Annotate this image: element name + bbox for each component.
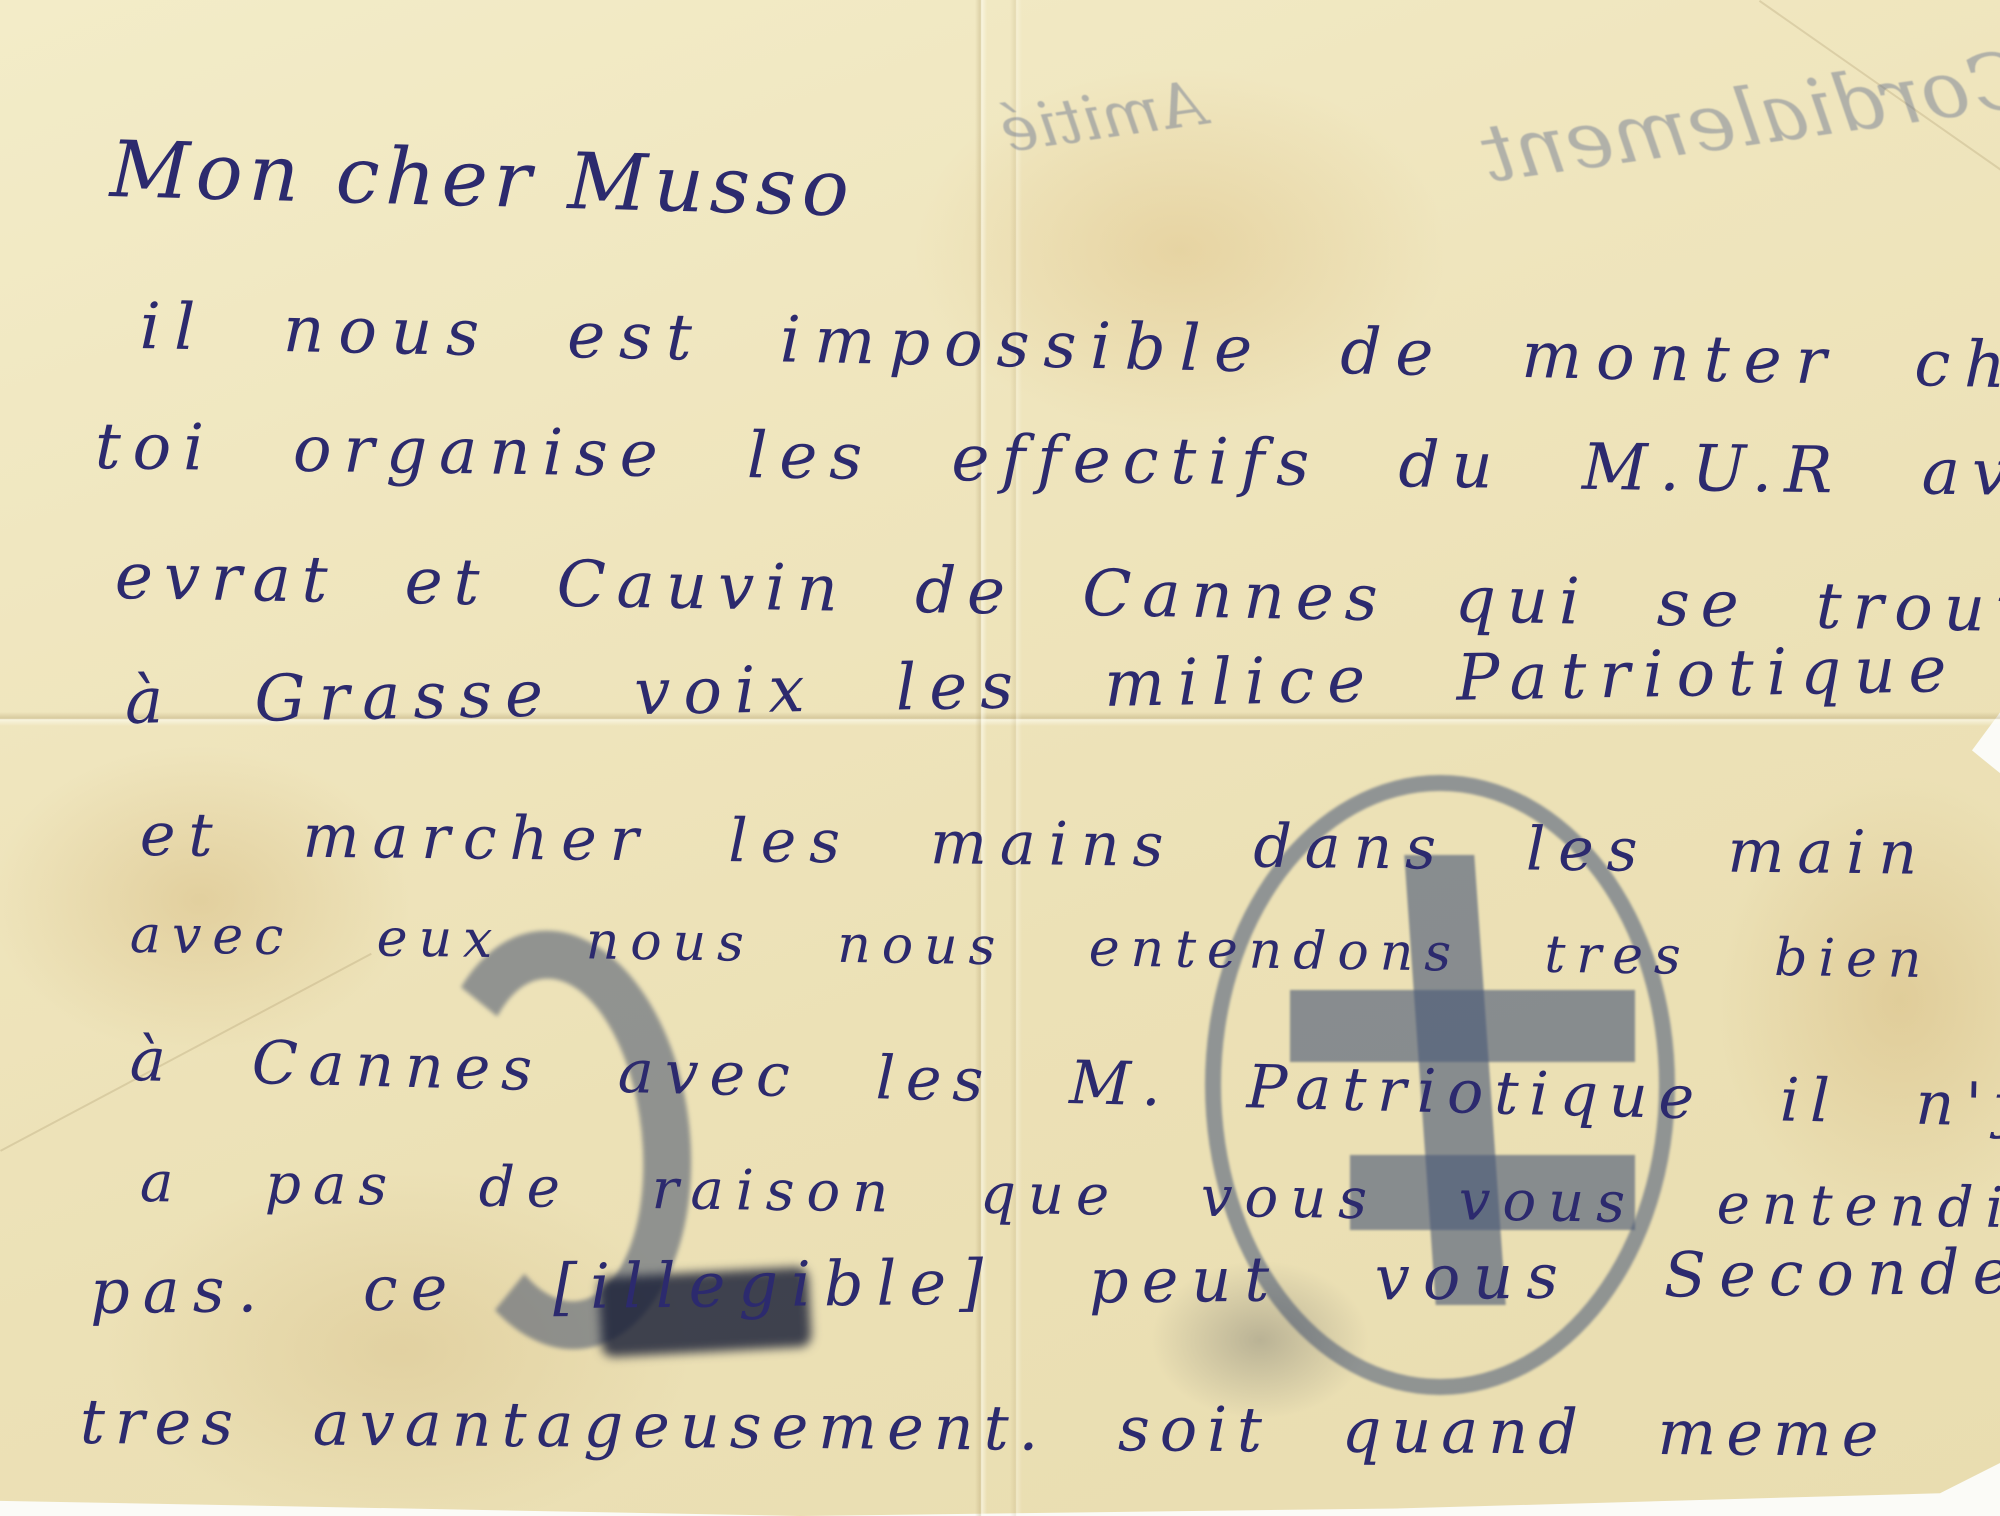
letter-line-10: tres avantageusement. soit quand meme (80, 1385, 1889, 1471)
cross-upper-bar (1290, 990, 1635, 1062)
